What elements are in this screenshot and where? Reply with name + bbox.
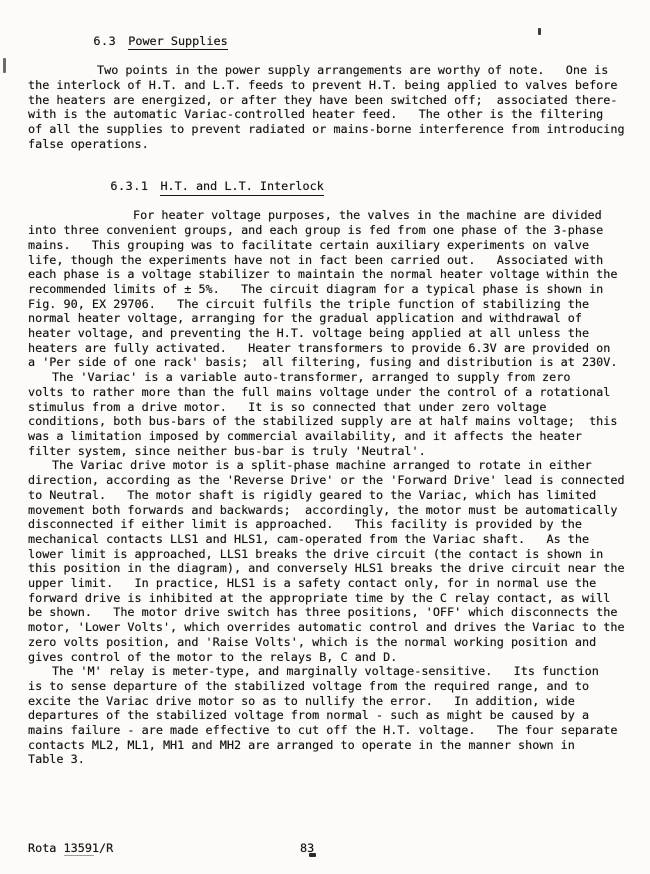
document-reference: Rota 13591/R: [28, 841, 113, 855]
paragraph-heater-groups: For heater voltage purposes, the valves …: [28, 208, 632, 370]
section-number: 6.3: [93, 34, 116, 48]
page-footer: Rota 13591/R 83: [28, 841, 632, 857]
scan-artifact: [309, 853, 316, 857]
paragraph-drive-motor: The Variac drive motor is a split-phase …: [28, 458, 632, 664]
document-page: 6.3Power Supplies Two points in the powe…: [0, 0, 650, 874]
scan-artifact: [538, 28, 541, 35]
subsection-title: H.T. and L.T. Interlock: [160, 179, 323, 196]
scan-artifact: [64, 855, 94, 856]
section-heading: 6.3Power Supplies: [65, 19, 632, 63]
paragraph-variac: The 'Variac' is a variable auto-transfor…: [28, 370, 632, 458]
paragraph-m-relay: The 'M' relay is meter-type, and margina…: [28, 664, 632, 767]
subsection-heading: 6.3.1H.T. and L.T. Interlock: [82, 164, 632, 208]
subsection-number: 6.3.1: [110, 179, 148, 193]
section-title: Power Supplies: [128, 34, 227, 51]
paragraph-intro: Two points in the power supply arrangeme…: [28, 63, 632, 151]
scan-artifact: [3, 58, 6, 73]
